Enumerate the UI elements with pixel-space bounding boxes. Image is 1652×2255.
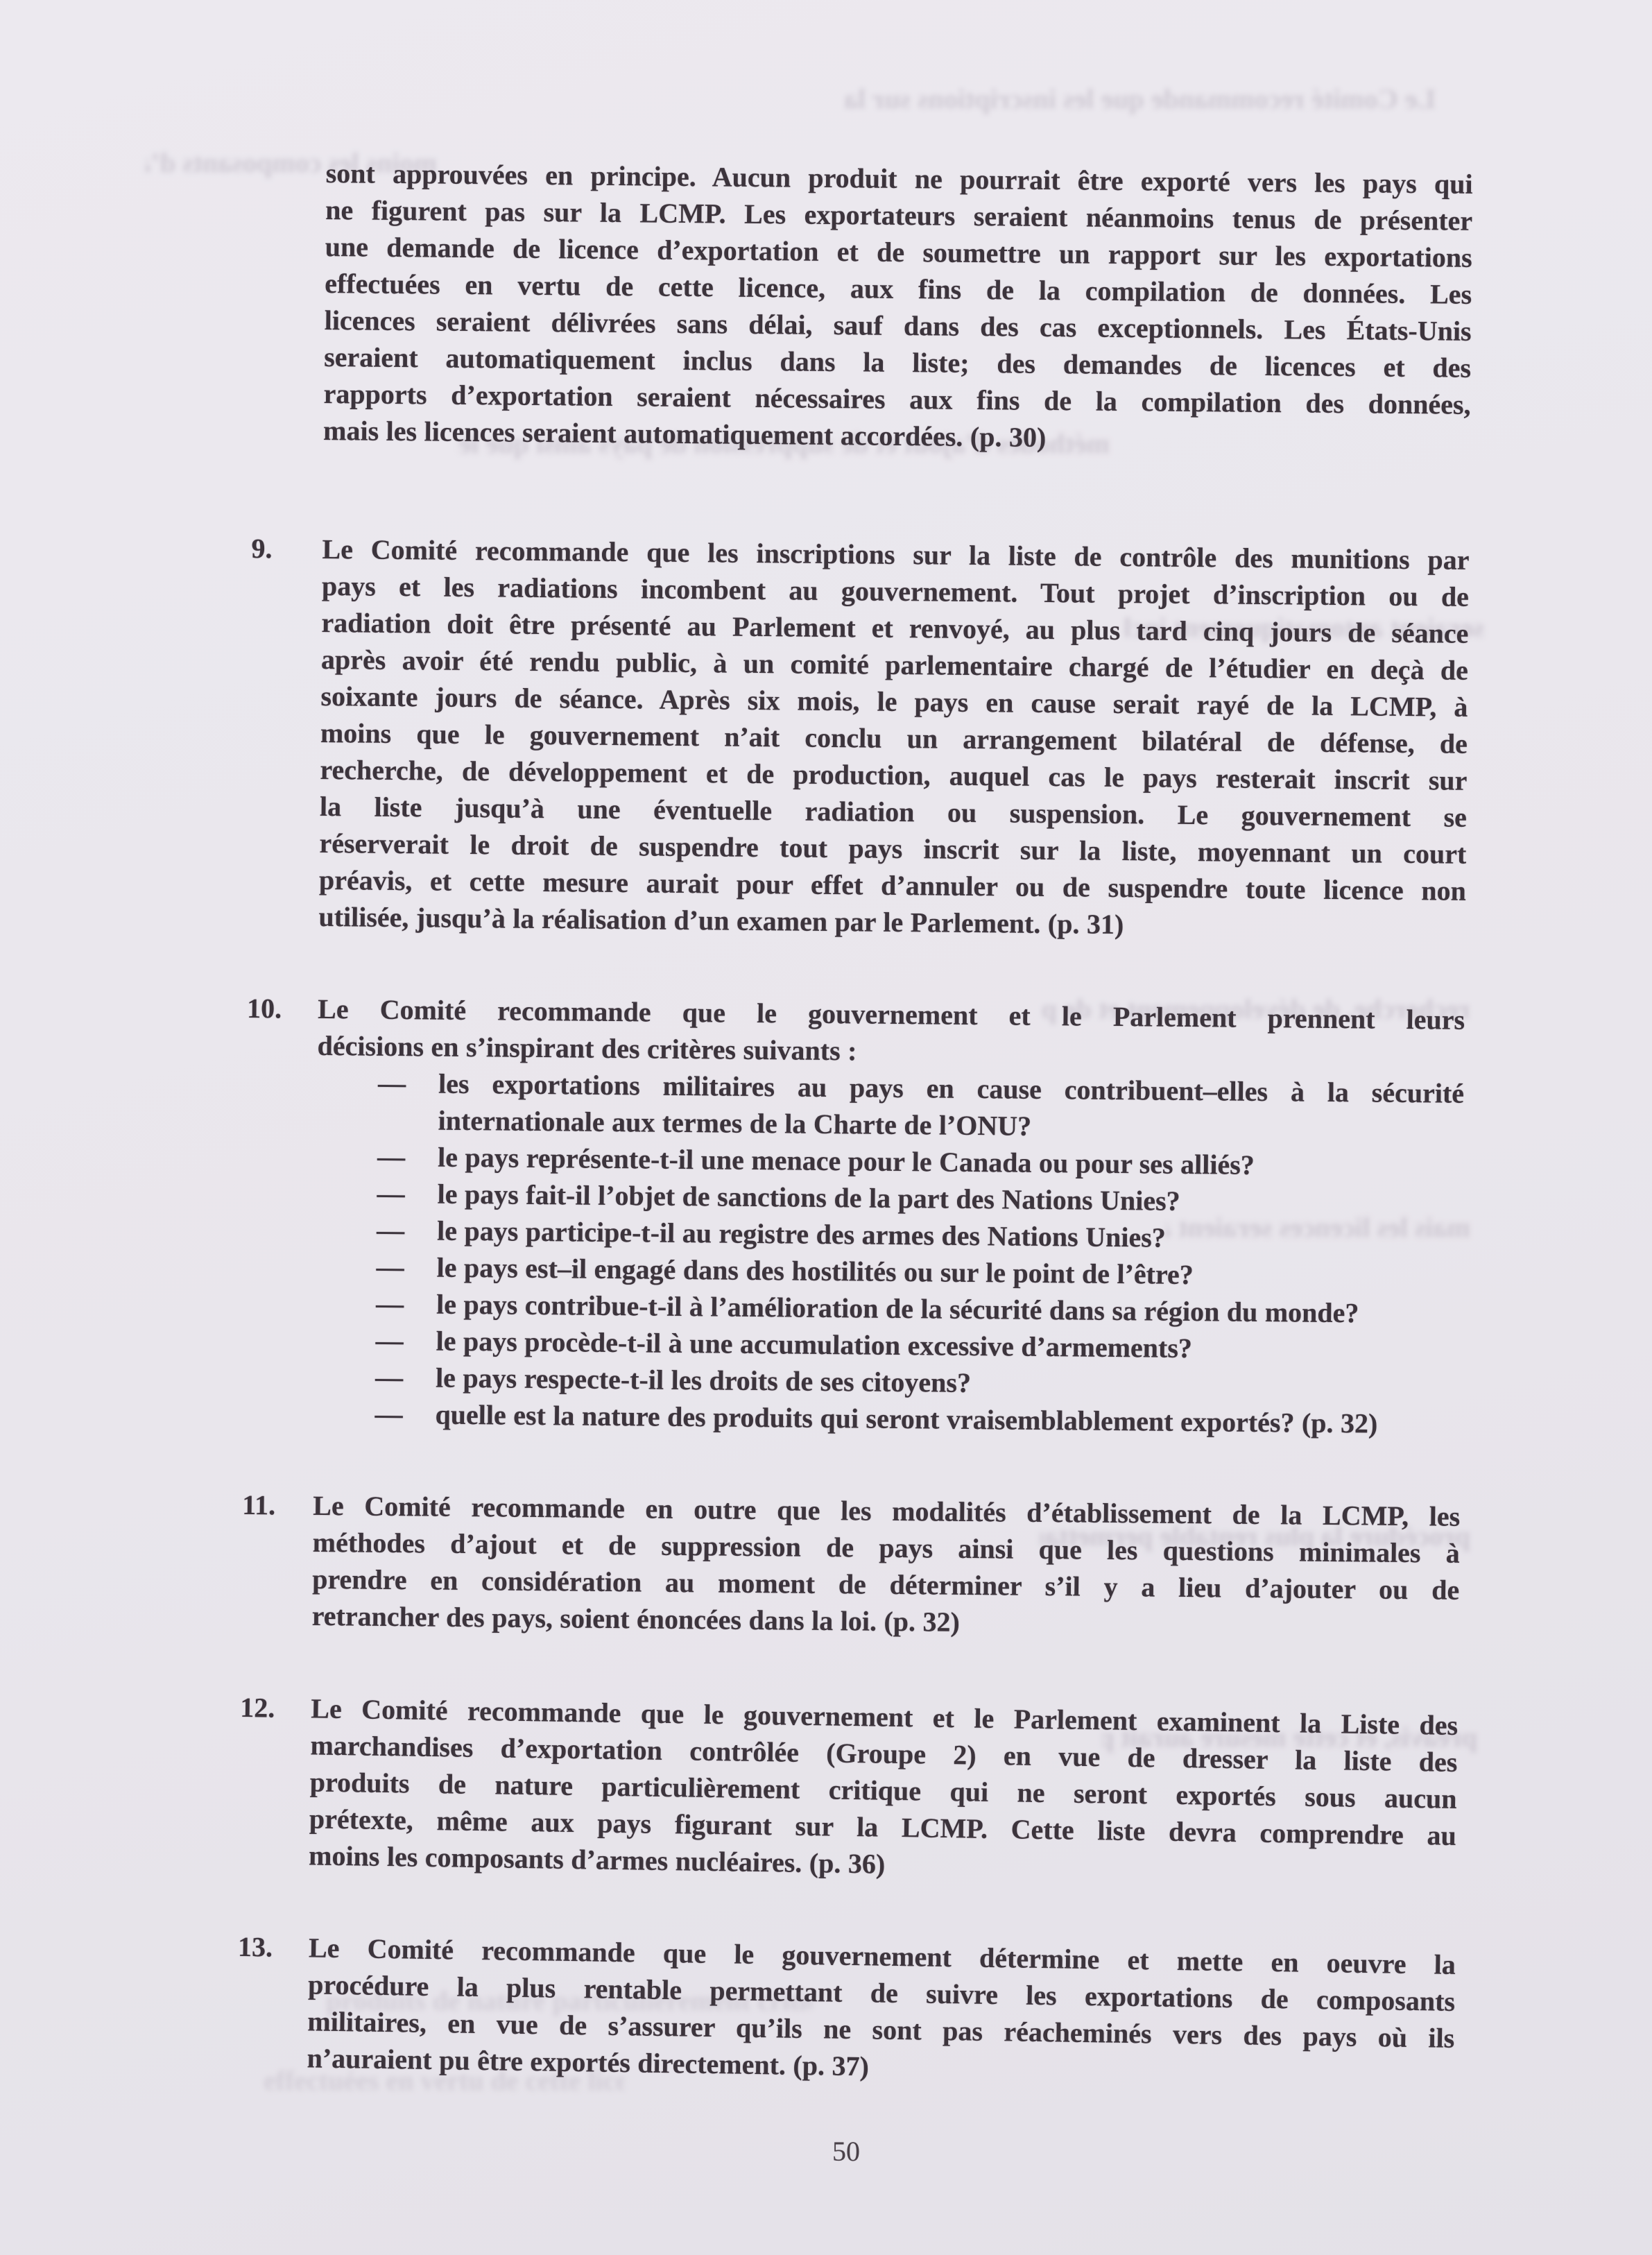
bleedthrough-text: Le Comité recommande que les inscription… xyxy=(839,82,1436,117)
item-body: Le Comité recommande que les inscription… xyxy=(318,531,1470,946)
recommendation-item: 12.Le Comité recommande que le gouvernem… xyxy=(238,1689,1459,1891)
page-number: 50 xyxy=(749,2135,943,2168)
paragraph-continuation: sont approuvées en principe. Aucun produ… xyxy=(323,155,1473,460)
item-number: 13. xyxy=(238,1928,309,1966)
recommendation-item: 9.Le Comité recommande que les inscripti… xyxy=(248,530,1470,946)
item-body: Le Comité recommande en outre que les mo… xyxy=(312,1487,1461,1645)
page-content: sont approuvées en principe. Aucun produ… xyxy=(236,154,1473,2087)
recommendation-item: 11.Le Comité recommande en outre que les… xyxy=(241,1486,1461,1645)
item-body: Le Comité recommande que le gouvernement… xyxy=(313,991,1465,1443)
bullet-item: —les exportations militaires au pays en … xyxy=(316,1064,1464,1149)
recommendation-item: 10.Le Comité recommande que le gouvernem… xyxy=(243,990,1465,1443)
dash-bullet-marker: — xyxy=(376,1249,437,1286)
item-body: Le Comité recommande que le gouvernement… xyxy=(307,1929,1456,2093)
dash-bullet-marker: — xyxy=(375,1396,436,1433)
recommendation-item: 13.Le Comité recommande que le gouvernem… xyxy=(236,1928,1456,2093)
item-number: 9. xyxy=(251,530,322,567)
recommendations-list: 9.Le Comité recommande que les inscripti… xyxy=(236,530,1469,2087)
criteria-bullet-list: —les exportations militaires au pays en … xyxy=(313,1064,1464,1443)
dash-bullet-marker: — xyxy=(376,1285,437,1323)
bullet-text: les exportations militaires au pays en c… xyxy=(438,1065,1464,1149)
dash-bullet-marker: — xyxy=(377,1175,438,1212)
dash-bullet-marker: — xyxy=(375,1322,436,1360)
item-number: 10. xyxy=(247,990,318,1027)
item-number: 11. xyxy=(242,1486,313,1524)
dash-bullet-marker: — xyxy=(375,1359,436,1396)
item-number: 12. xyxy=(240,1689,311,1727)
dash-bullet-marker: — xyxy=(377,1212,438,1249)
item-body: Le Comité recommande que le gouvernement… xyxy=(309,1690,1459,1891)
scanned-document-page: Le Comité recommande que les inscription… xyxy=(0,0,1652,2255)
dash-bullet-marker: — xyxy=(377,1065,438,1139)
dash-bullet-marker: — xyxy=(377,1138,438,1176)
